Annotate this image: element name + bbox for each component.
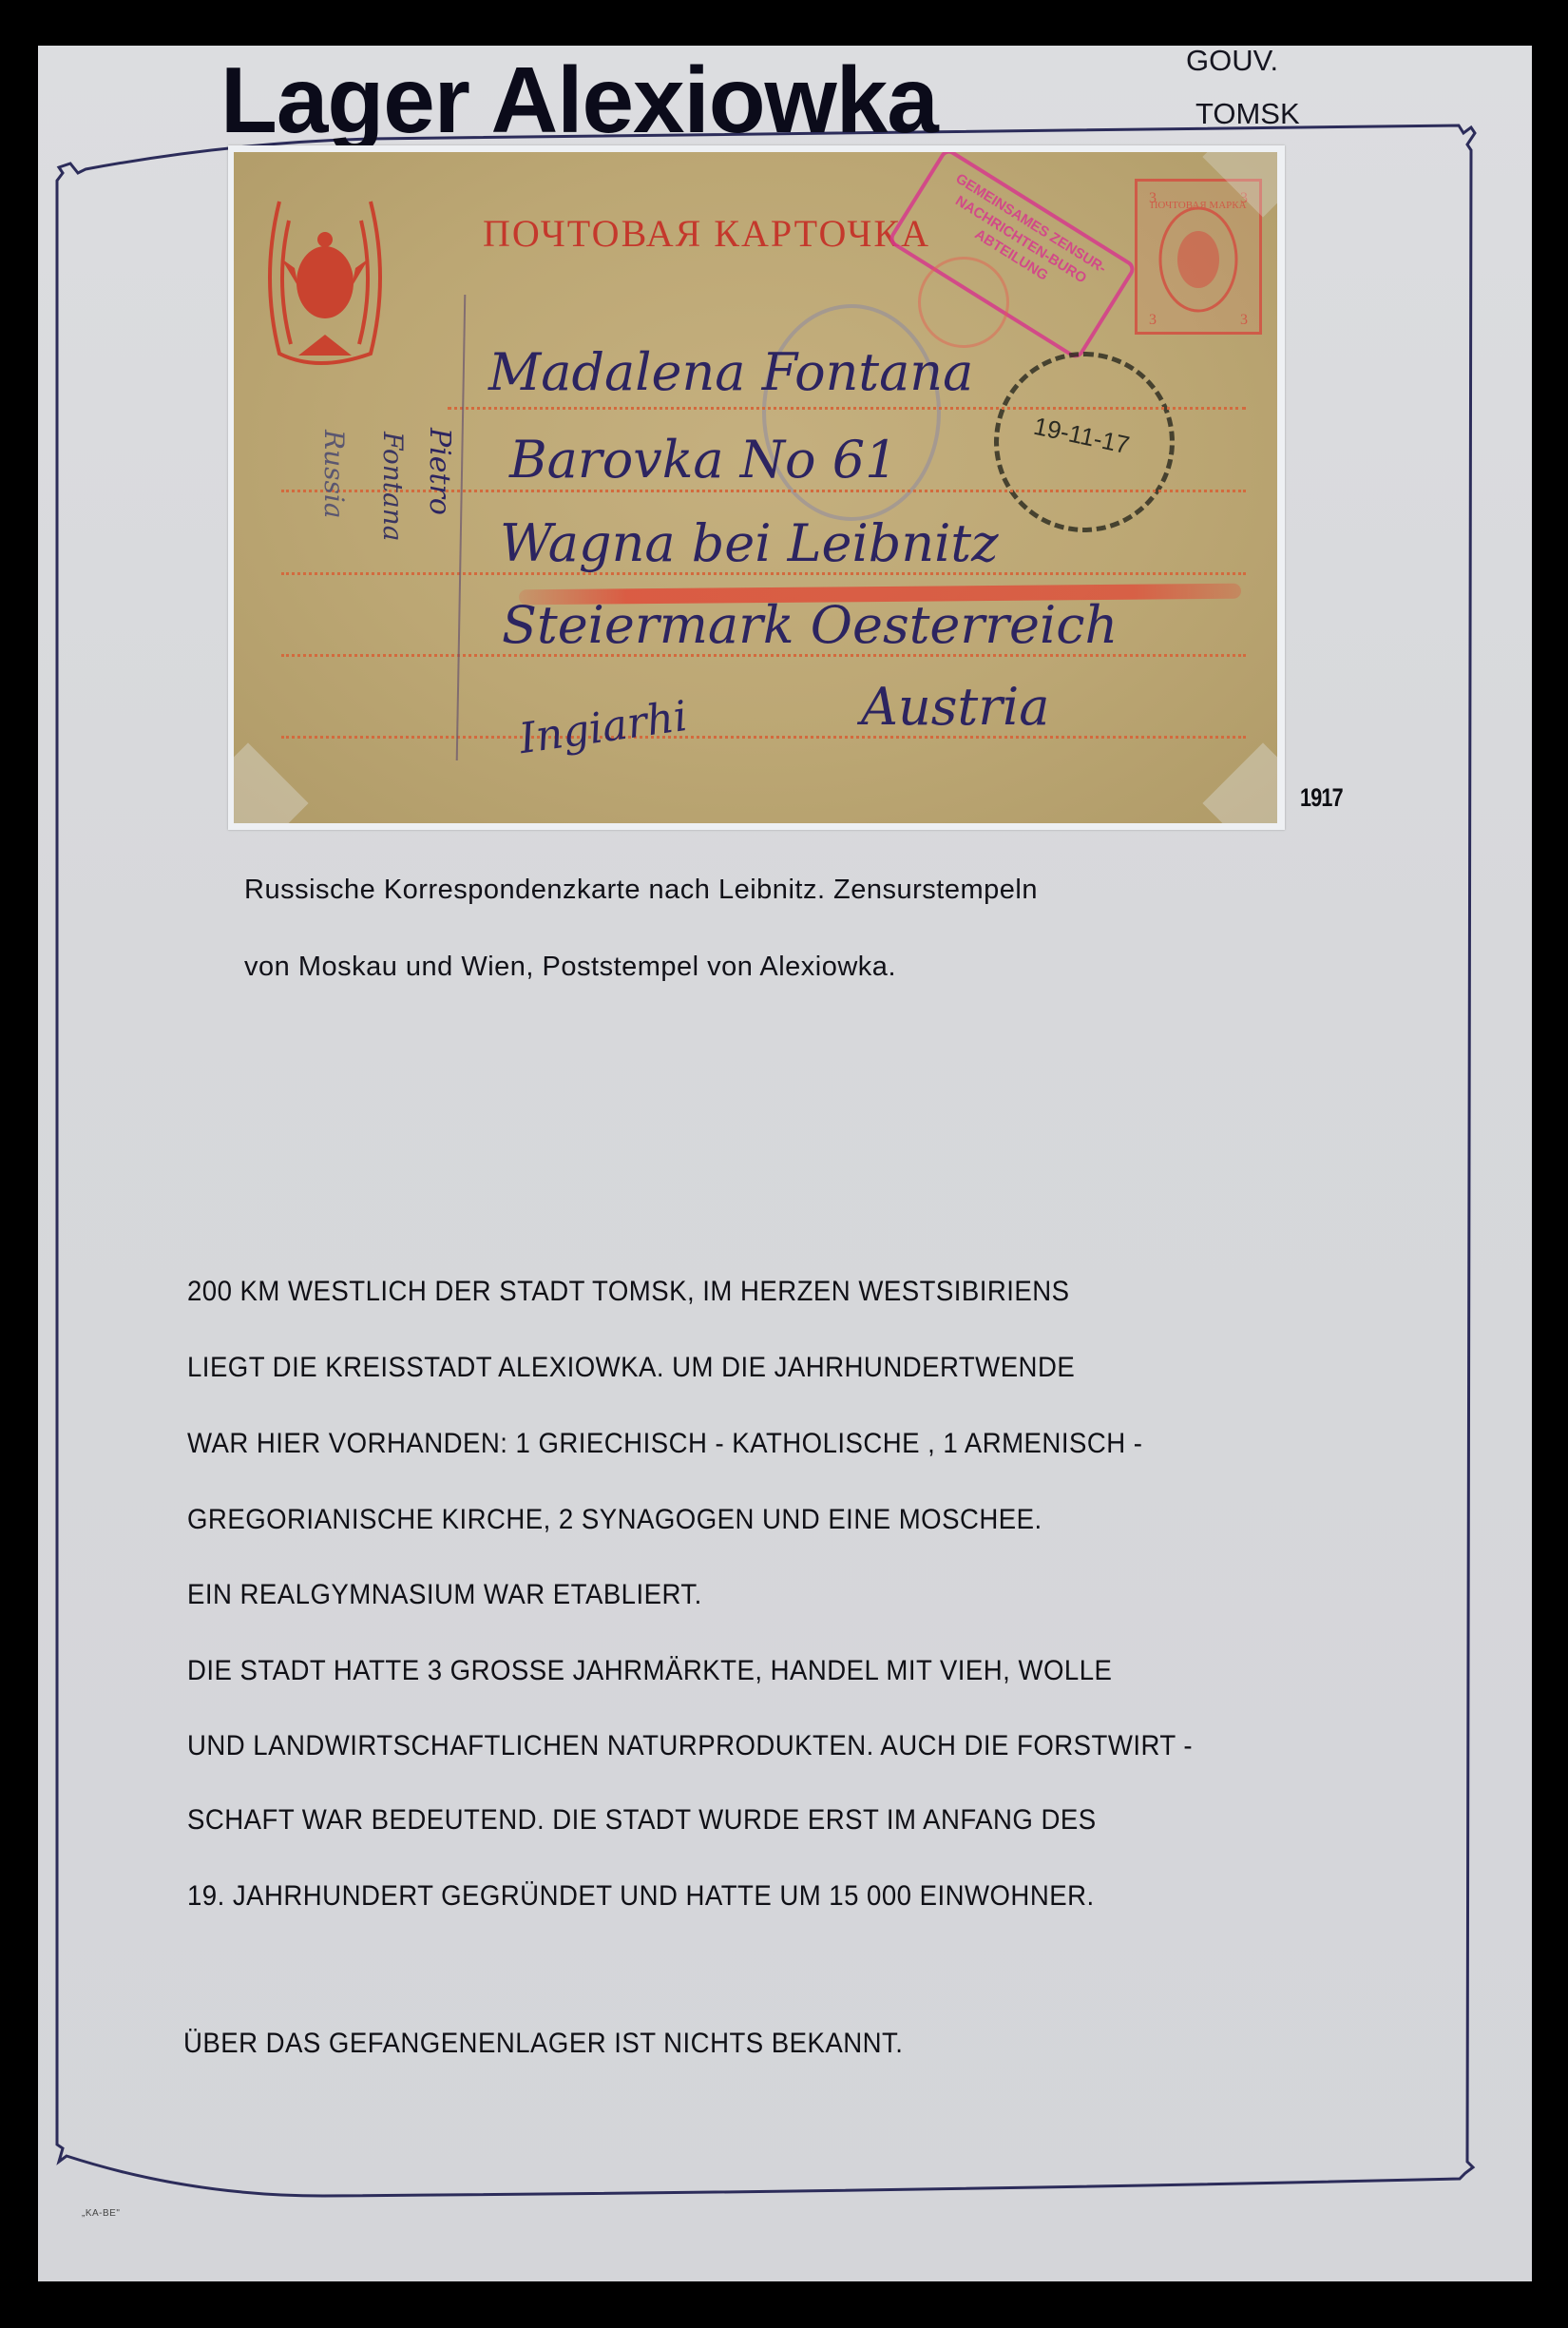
description-line-9: 19. JAHRHUNDERT GEGRÜNDET UND HATTE UM 1… <box>187 1880 1095 1913</box>
maker-mark: „KA-BE" <box>82 2208 120 2219</box>
svg-text:3: 3 <box>1149 190 1157 206</box>
description-line-3: WAR HIER VORHANDEN: 1 GRIECHISCH - KATHO… <box>187 1428 1142 1460</box>
postcard-year: 1917 <box>1300 783 1343 813</box>
postmark: 19-11-17 <box>994 352 1175 532</box>
address-line-4: Steiermark Oesterreich <box>502 595 1118 655</box>
postage-stamp: ПОЧТОВАЯ МАРКА 3 3 3 3 <box>1135 179 1262 335</box>
address-line-3: Wagna bei Leibnitz <box>500 513 999 573</box>
description-line-8: SCHAFT WAR BEDEUTEND. DIE STADT WURDE ER… <box>187 1804 1097 1837</box>
svg-text:3: 3 <box>1149 312 1157 328</box>
side-note-2: Fontana <box>377 432 409 541</box>
sender-note: Ingiarhi <box>516 692 690 763</box>
side-note-3: Russia <box>318 430 350 519</box>
eagle-stamp-icon: ПОЧТОВАЯ МАРКА 3 3 3 3 <box>1138 182 1259 332</box>
description-line-5: EIN REALGYMNASIUM WAR ETABLIERT. <box>187 1579 702 1611</box>
svg-text:ПОЧТОВАЯ МАРКА: ПОЧТОВАЯ МАРКА <box>1150 200 1246 211</box>
coat-of-arms-icon <box>260 192 390 373</box>
region-label-gouv: GOUV. <box>1186 46 1278 75</box>
description-line-4: GREGORIANISCHE KIRCHE, 2 SYNAGOGEN UND E… <box>187 1504 1042 1536</box>
region-label-tomsk: TOMSK <box>1195 99 1300 128</box>
description-line-7: UND LANDWIRTSCHAFTLICHEN NATURPRODUKTEN.… <box>187 1730 1193 1762</box>
postcard: ПОЧТОВАЯ КАРТОЧКА ПОЧТОВАЯ МАРКА 3 3 3 3… <box>234 152 1277 823</box>
album-page: Lager Alexiowka GOUV. TOMSK ПОЧТОВАЯ КАР… <box>38 46 1532 2281</box>
censor-stamp: GEMEINSAMES ZENSUR-NACHRICHTEN-BURO ABTE… <box>887 152 1138 361</box>
caption-line-1: Russische Korrespondenzkarte nach Leibni… <box>244 875 1038 906</box>
red-round-stamp <box>918 257 1009 348</box>
address-line <box>448 407 1246 410</box>
photo-corner <box>1202 742 1277 823</box>
photo-corner <box>234 742 309 823</box>
description-line-2: LIEGT DIE KREISSTADT ALEXIOWKA. UM DIE J… <box>187 1352 1075 1384</box>
side-note-1: Pietro <box>423 428 456 515</box>
closing-statement: ÜBER DAS GEFANGENENLAGER IST NICHTS BEKA… <box>183 2028 903 2060</box>
address-line <box>281 736 1246 739</box>
address-line-1: Madalena Fontana <box>488 342 973 402</box>
page-title: Lager Alexiowka <box>220 53 938 146</box>
caption-line-2: von Moskau und Wien, Poststempel von Ale… <box>244 952 896 983</box>
card-divider <box>456 295 467 760</box>
postcard-printed-title: ПОЧТОВАЯ КАРТОЧКА <box>483 211 930 256</box>
address-line-2: Barovka No 61 <box>509 430 897 490</box>
postmark-date: 19-11-17 <box>1031 412 1132 461</box>
svg-text:3: 3 <box>1240 312 1248 328</box>
description-line-1: 200 KM WESTLICH DER STADT TOMSK, IM HERZ… <box>187 1276 1070 1308</box>
address-line-5: Austria <box>861 677 1049 737</box>
description-line-6: DIE STADT HATTE 3 GROSSE JAHRMÄRKTE, HAN… <box>187 1655 1112 1687</box>
